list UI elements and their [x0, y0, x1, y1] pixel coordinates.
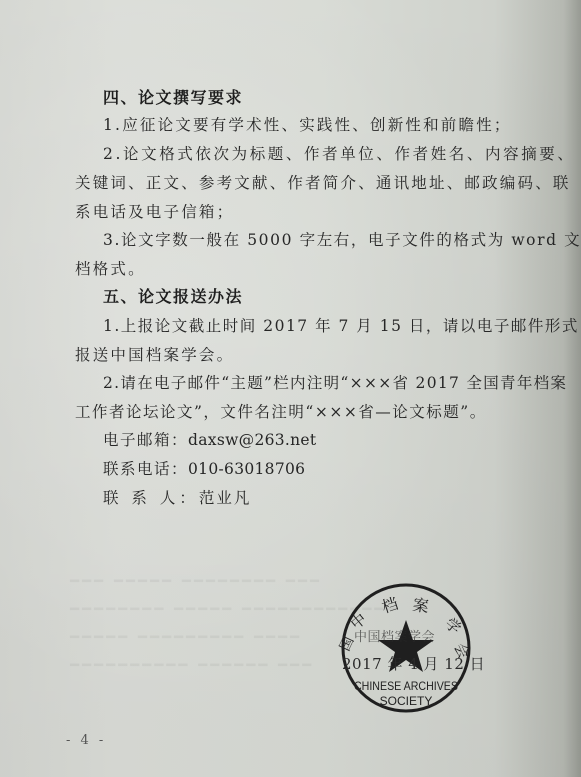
- page-number: - 4 -: [66, 733, 106, 748]
- section-4-item-2-line-1: 2.论文格式依次为标题、作者单位、作者姓名、内容摘要、: [103, 145, 576, 163]
- section-5-item-2-line-1: 2.请在电子邮件“主题”栏内注明“×××省 2017 全国青年档案: [103, 374, 567, 392]
- contact-email-value: daxsw@263.net: [188, 431, 316, 449]
- official-seal-icon: 档 案 学 会 中 国 CHINESE ARCHIVES SOCIETY: [338, 580, 474, 716]
- contact-person: 联 系 人：范业凡: [103, 489, 251, 507]
- section-4-item-3-line-1: 3.论文字数一般在 5000 字左右，电子文件的格式为 word 文: [103, 231, 581, 249]
- section-4-item-3-line-2: 档格式。: [75, 260, 146, 278]
- contact-phone: 联系电话：010-63018706: [103, 460, 305, 478]
- contact-email: 电子邮箱：daxsw@263.net: [103, 431, 316, 449]
- section-5-item-1-line-2: 报送中国档案学会。: [75, 346, 234, 364]
- contact-phone-label: 联系电话：: [103, 460, 188, 478]
- svg-text:SOCIETY: SOCIETY: [380, 694, 433, 708]
- contact-person-value: 范业凡: [199, 489, 252, 507]
- bleed-through-text: ━━━━━━━━━━ ━━━━━━ ━━━: [70, 656, 314, 674]
- contact-email-label: 电子邮箱：: [103, 431, 188, 449]
- svg-text:档: 档: [379, 594, 400, 617]
- svg-text:案: 案: [411, 595, 430, 616]
- section-4-heading: 四、论文撰写要求: [103, 89, 243, 107]
- contact-phone-value: 010-63018706: [188, 460, 305, 478]
- svg-text:CHINESE ARCHIVES: CHINESE ARCHIVES: [354, 679, 458, 693]
- bleed-through-text: ━━━━━ ━━━━━━━━━ ━━━━: [70, 628, 302, 646]
- section-5-item-1-line-1: 1.上报论文截止时间 2017 年 7 月 15 日，请以电子邮件形式: [103, 317, 579, 335]
- section-5-item-2-line-2: 工作者论坛论文”，文件名注明“×××省—论文标题”。: [75, 403, 487, 421]
- signature-organization: 中国档案学会: [354, 626, 435, 645]
- section-4-item-2-line-2: 关键词、正文、参考文献、作者简介、通讯地址、邮政编码、联: [75, 174, 571, 192]
- bleed-through-text: ━━━ ━━━━━ ━━━━━━━━ ━━━: [70, 572, 322, 590]
- section-5-heading: 五、论文报送办法: [103, 288, 243, 306]
- section-4-item-1: 1.应征论文要有学术性、实践性、创新性和前瞻性；: [103, 116, 512, 134]
- contact-person-label: 联 系 人：: [103, 489, 199, 507]
- section-4-item-2-line-3: 系电话及电子信箱；: [75, 203, 234, 221]
- signature-date: 2017 年 4 月 12 日: [342, 653, 485, 674]
